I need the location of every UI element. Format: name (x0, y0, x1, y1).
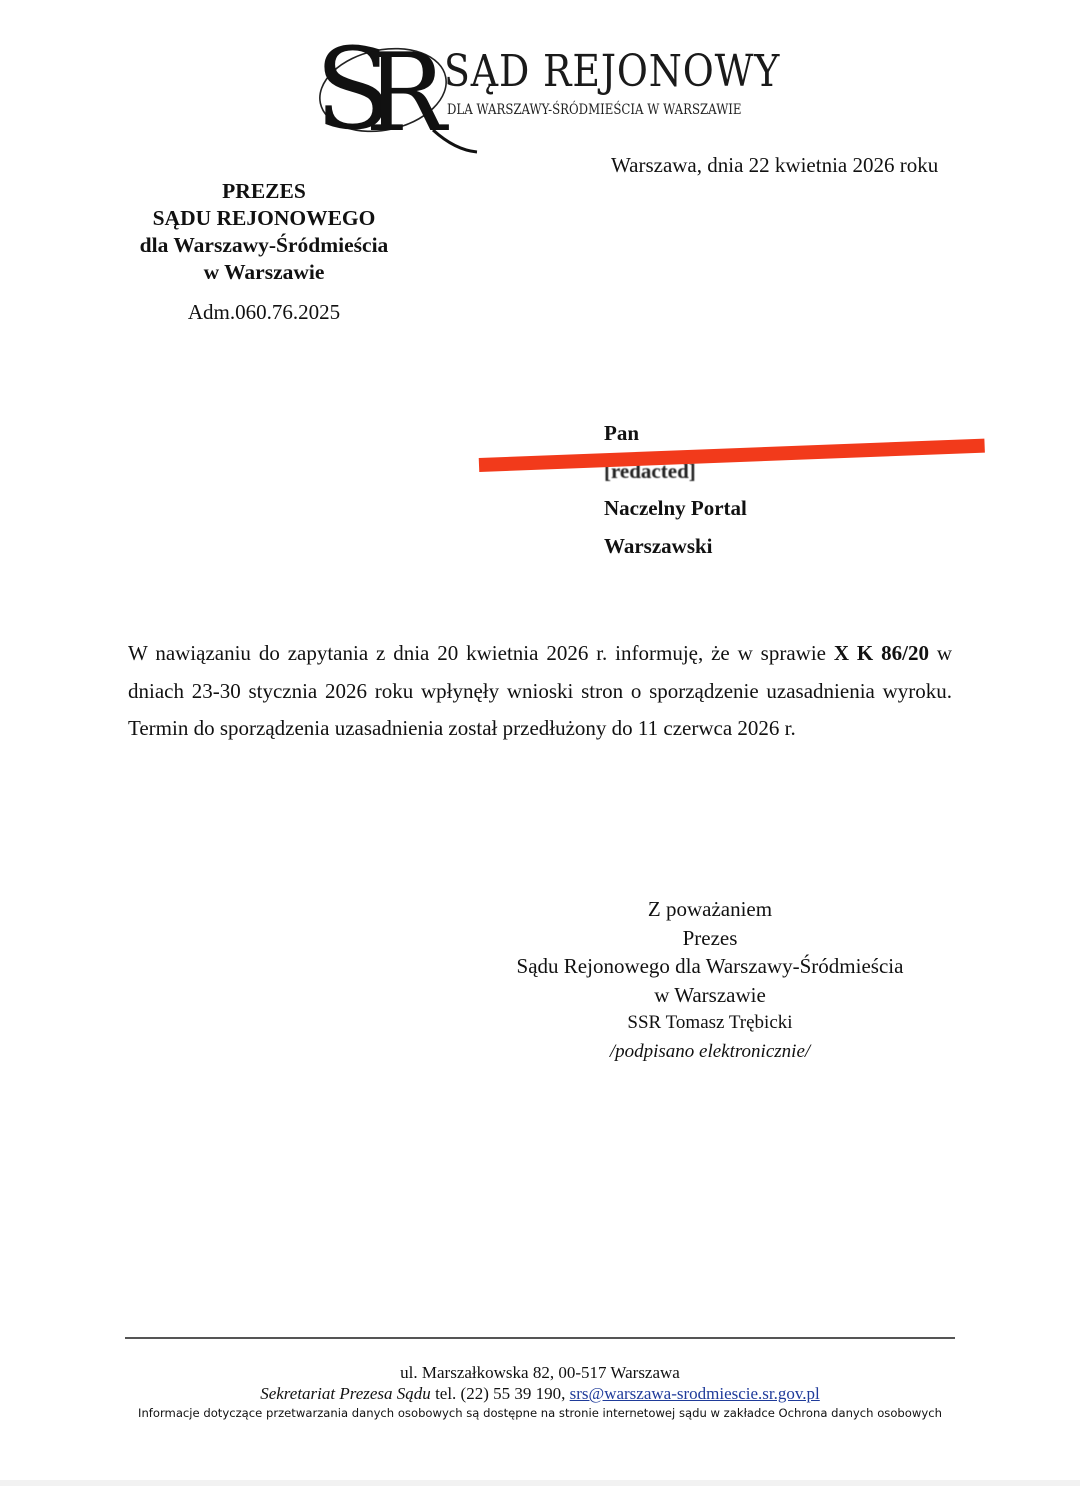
footer-address: ul. Marszałkowska 82, 00-517 Warszawa (120, 1362, 960, 1383)
issuer-line: w Warszawie (120, 259, 408, 286)
footer-divider (125, 1337, 955, 1339)
letter-body: W nawiązaniu do zapytania z dnia 20 kwie… (128, 635, 952, 748)
addressee-block: Pan [redacted] Naczelny Portal Warszawsk… (604, 418, 747, 568)
body-text-part: W nawiązaniu do zapytania z dnia 20 kwie… (128, 641, 834, 665)
issuer-line: PREZES (120, 178, 408, 205)
footer-contact: Sekretariat Prezesa Sądu tel. (22) 55 39… (120, 1383, 960, 1404)
email-link[interactable]: srs@warszawa-srodmiescie.sr.gov.pl (570, 1384, 820, 1403)
date-line: Warszawa, dnia 22 kwietnia 2026 roku (611, 153, 938, 178)
issuer-block: PREZES SĄDU REJONOWEGO dla Warszawy-Śród… (120, 178, 408, 286)
signature-note: /podpisano elektronicznie/ (490, 1038, 930, 1067)
closing-block: Z poważaniem Prezes Sądu Rejonowego dla … (490, 895, 930, 1066)
court-name-title: SĄD REJONOWY (444, 50, 780, 94)
footer: ul. Marszałkowska 82, 00-517 Warszawa Se… (120, 1362, 960, 1422)
addressee-line: Warszawski (604, 531, 747, 569)
addressee-line: Naczelny Portal (604, 493, 747, 531)
closing-role: Prezes (490, 924, 930, 953)
gdpr-note: Informacje dotyczące przetwarzania danyc… (120, 1404, 960, 1422)
closing-greeting: Z poważaniem (490, 895, 930, 924)
reference-number: Adm.060.76.2025 (120, 300, 408, 325)
case-number: X K 86/20 (834, 641, 929, 665)
svg-text:R: R (365, 31, 449, 156)
issuer-line: SĄDU REJONOWEGO (120, 205, 408, 232)
issuer-line: dla Warszawy-Śródmieścia (120, 232, 408, 259)
page-bottom-edge (0, 1480, 1080, 1486)
secretariat-label: Sekretariat Prezesa Sądu (260, 1384, 431, 1403)
closing-city: w Warszawie (490, 981, 930, 1010)
phone-number: tel. (22) 55 39 190, (431, 1384, 570, 1403)
closing-court: Sądu Rejonowego dla Warszawy-Śródmieścia (490, 952, 930, 981)
signatory-name: SSR Tomasz Trębicki (490, 1009, 930, 1038)
court-name-subtitle: DLA WARSZAWY-ŚRÓDMIEŚCIA W WARSZAWIE (447, 102, 742, 118)
